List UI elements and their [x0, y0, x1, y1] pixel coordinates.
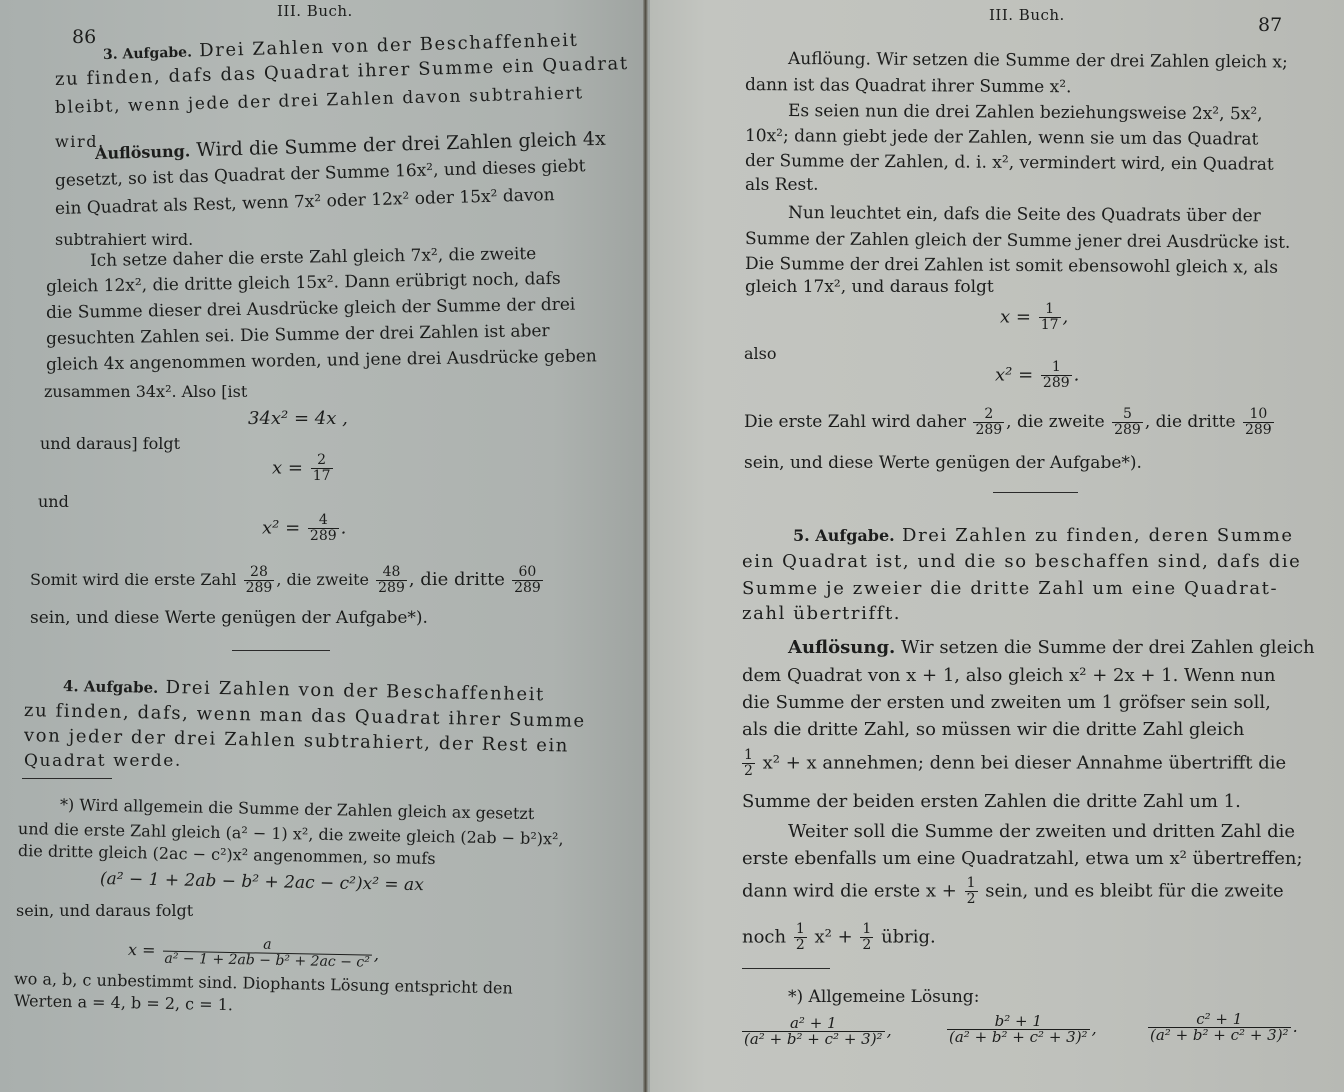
- fraction: 117: [1039, 302, 1061, 333]
- fraction: aa² − 1 + 2ab − b² + 2ac − c²: [162, 936, 372, 971]
- solution-5-line: die Summe der ersten und zweiten um 1 gr…: [742, 689, 1271, 716]
- problem-4-line: Quadrat werde.: [24, 748, 182, 775]
- running-head-left: III. Buch.: [277, 2, 353, 20]
- fraction: a² + 1(a² + b² + c² + 3)²: [742, 1016, 885, 1047]
- footnote-fraction: b² + 1(a² + b² + c² + 3)²,: [945, 1014, 1097, 1045]
- footnote-line: Werten a = 4, b = 2, c = 1.: [14, 990, 233, 1016]
- section-divider: [232, 650, 330, 651]
- right-page: III. Buch. 87 Auflöung. Wir setzen die S…: [650, 0, 1344, 1092]
- footnote-divider: [742, 968, 830, 969]
- book-gutter: [643, 0, 648, 1092]
- problem-5-label: 5. Aufgabe.: [793, 526, 895, 545]
- paragraph-line: gleich 17x², und daraus folgt: [745, 274, 994, 301]
- fraction: 10289: [1243, 407, 1274, 438]
- solution-4-line: dann ist das Quadrat ihrer Summe x².: [745, 72, 1072, 101]
- equation-x2-1-289: x² = 1289.: [995, 360, 1079, 391]
- problem-4-label: 4. Aufgabe.: [63, 677, 159, 697]
- fraction: 12: [794, 922, 807, 953]
- footnote-fraction-equation: x = aa² − 1 + 2ab − b² + 2ac − c²,: [128, 935, 380, 971]
- fraction: 48289: [376, 565, 407, 596]
- right-result-line: Die erste Zahl wird daher 2289, die zwei…: [744, 407, 1276, 438]
- solution-5-half-line: 12 x² + x annehmen; denn bei dieser Anna…: [740, 748, 1286, 779]
- page-number-right: 87: [1258, 14, 1282, 36]
- footnote-line: sein, und daraus folgt: [16, 900, 193, 922]
- fraction: 12: [860, 922, 873, 953]
- solution-4-line: Wir setzen die Summe der drei Zahlen gle…: [876, 50, 1287, 73]
- equation-x2-4-289: x² = 4289.: [262, 513, 346, 544]
- solution-4-label: Auflöung.: [788, 49, 871, 70]
- paragraph-line-with-fraction: dann wird die erste x + 12 sein, und es …: [742, 876, 1284, 907]
- page-number-left: 86: [72, 26, 96, 48]
- left-page: III. Buch. 86 3. Aufgabe. Drei Zahlen vo…: [0, 0, 650, 1092]
- footnote-fraction: c² + 1(a² + b² + c² + 3)².: [1146, 1012, 1298, 1043]
- solution-3-label: Auflösung.: [95, 141, 191, 163]
- footnote-label: *) Allgemeine Lösung:: [788, 986, 979, 1008]
- text-und: und: [38, 488, 69, 515]
- left-result-line-2: sein, und diese Werte genügen der Aufgab…: [30, 605, 428, 632]
- running-head-right: III. Buch.: [989, 6, 1065, 24]
- problem-5-line: Drei Zahlen zu finden, deren Summe: [902, 525, 1294, 546]
- text-also: also: [744, 340, 777, 367]
- fraction: 1289: [1041, 360, 1072, 391]
- footnote-divider: [22, 778, 112, 779]
- paragraph-line: Weiter soll die Summe der zweiten und dr…: [788, 818, 1295, 845]
- section-divider: [993, 492, 1078, 493]
- equation-x-2-17: x = 217: [272, 453, 335, 484]
- problem-5-line: zahl übertrifft.: [742, 600, 901, 627]
- fraction: 28289: [244, 565, 275, 596]
- fraction: 217: [311, 453, 333, 484]
- problem-5-line: Summe je zweier die dritte Zahl um eine …: [742, 575, 1278, 602]
- fraction: b² + 1(a² + b² + c² + 3)²: [947, 1014, 1090, 1045]
- fraction: 5289: [1112, 407, 1143, 438]
- problem-3-label: 3. Aufgabe.: [103, 45, 192, 63]
- footnote-equation: (a² − 1 + 2ab − b² + 2ac − c²)x² = ax: [100, 868, 424, 896]
- left-result-line: Somit wird die erste Zahl 28289, die zwe…: [30, 565, 545, 596]
- solution-5-line: Summe der beiden ersten Zahlen die dritt…: [742, 788, 1241, 815]
- equation-x-1-17: x = 117,: [1000, 302, 1068, 333]
- solution-5-label: Auflösung.: [788, 637, 895, 658]
- fraction: 12: [965, 876, 978, 907]
- paragraph-line: zusammen 34x². Also [ist: [44, 378, 247, 405]
- fraction: 2289: [973, 407, 1004, 438]
- paragraph-line: der Summe der Zahlen, d. i. x², verminde…: [745, 148, 1274, 179]
- solution-5-line: Wir setzen die Summe der drei Zahlen gle…: [901, 637, 1315, 658]
- paragraph-line: als Rest.: [745, 172, 819, 199]
- footnote-fraction: a² + 1(a² + b² + c² + 3)²,: [740, 1016, 892, 1047]
- text-und-daraus: und daraus] folgt: [40, 430, 180, 457]
- fraction: c² + 1(a² + b² + c² + 3)²: [1148, 1012, 1291, 1043]
- fraction: 12: [742, 748, 755, 779]
- equation-34x2: 34x² = 4x ,: [248, 405, 348, 432]
- right-result-line-2: sein, und diese Werte genügen der Aufgab…: [744, 450, 1142, 477]
- paragraph-line: erste ebenfalls um eine Quadratzahl, etw…: [742, 845, 1303, 872]
- paragraph-line-with-fractions: noch 12 x² + 12 übrig.: [742, 922, 936, 953]
- solution-5-line: als die dritte Zahl, so müssen wir die d…: [742, 716, 1244, 743]
- fraction: 60289: [512, 565, 543, 596]
- problem-5-line: ein Quadrat ist, und die so beschaffen s…: [742, 548, 1301, 575]
- fraction: 4289: [308, 513, 339, 544]
- solution-5-line: dem Quadrat von x + 1, also gleich x² + …: [742, 662, 1275, 689]
- paragraph-line: Nun leuchtet ein, dafs die Seite des Qua…: [788, 200, 1261, 230]
